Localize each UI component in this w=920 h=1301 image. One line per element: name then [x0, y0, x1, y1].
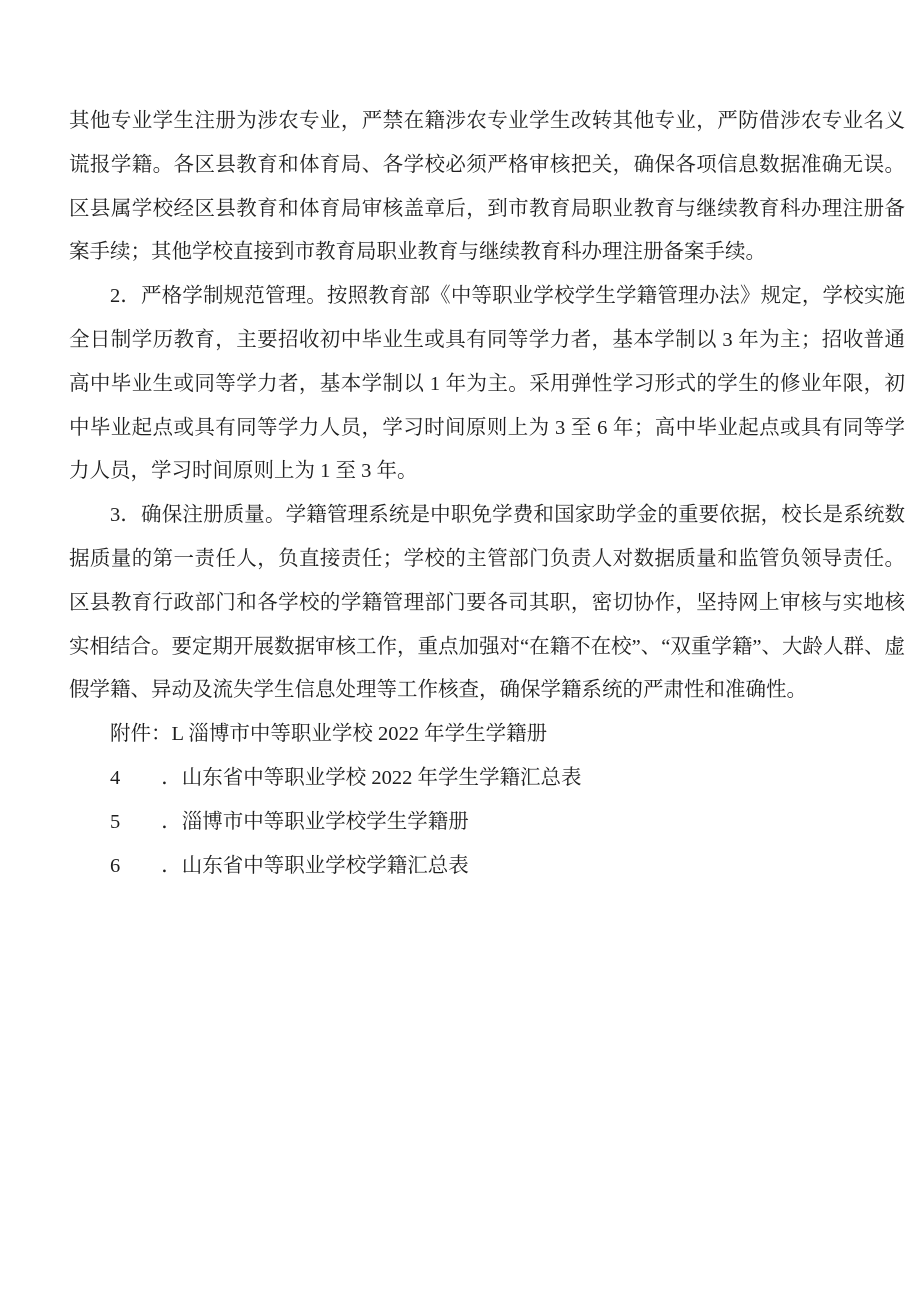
document-page: 其他专业学生注册为涉农专业，严禁在籍涉农专业学生改转其他专业，严防借涉农专业名义…: [0, 0, 920, 1301]
paragraph-registration-quality: 3．确保注册质量。学籍管理系统是中职免学费和国家助学金的重要依据，校长是系统数据…: [69, 494, 905, 713]
attachment-item-6: 6 ．山东省中等职业学校学籍汇总表: [69, 845, 905, 889]
paragraph-continuation: 其他专业学生注册为涉农专业，严禁在籍涉农专业学生改转其他专业，严防借涉农专业名义…: [69, 100, 905, 275]
attachment-item-4: 4 ．山东省中等职业学校 2022 年学生学籍汇总表: [69, 757, 905, 801]
attachment-heading: 附件：L 淄博市中等职业学校 2022 年学生学籍册: [69, 713, 905, 757]
paragraph-school-system-management: 2．严格学制规范管理。按照教育部《中等职业学校学生学籍管理办法》规定，学校实施全…: [69, 275, 905, 494]
attachment-item-5: 5 ．淄博市中等职业学校学生学籍册: [69, 801, 905, 845]
